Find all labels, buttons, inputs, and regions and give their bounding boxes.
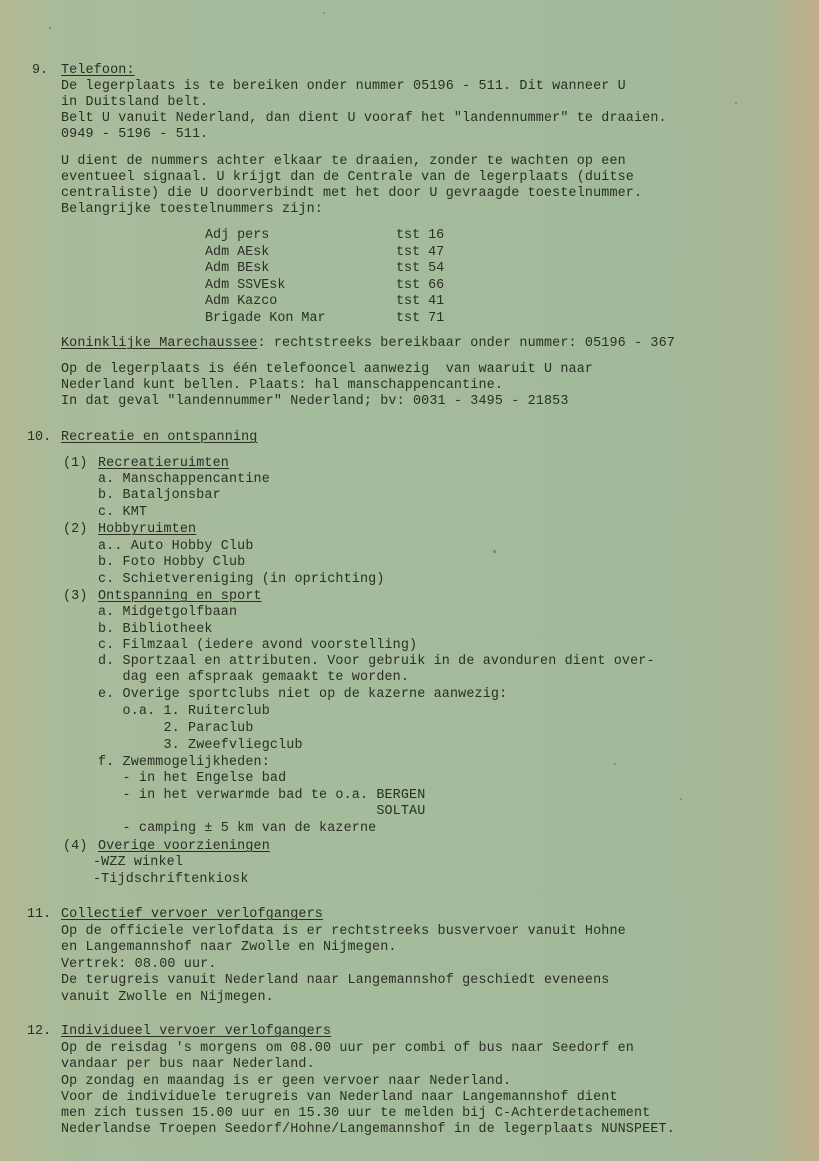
paragraph-line: Nederland kunt bellen. Plaats: hal mansc… <box>61 378 503 394</box>
paragraph-line: U dient de nummers achter elkaar te draa… <box>61 154 626 170</box>
paragraph-line: Belt U vanuit Nederland, dan dient U voo… <box>61 111 667 127</box>
paragraph-line: men zich tussen 15.00 uur en 15.30 uur t… <box>61 1106 650 1122</box>
paragraph-line: vanuit Zwolle en Nijmegen. <box>61 990 274 1006</box>
subsection-label: (2) <box>63 522 88 538</box>
extension-name: Adm Kazco <box>205 294 277 311</box>
list-item: -Tijdschriftenkiosk <box>93 872 249 888</box>
subsection-title: Recreatieruimten <box>98 456 229 472</box>
marechaussee-text: : rechtstreeks bereikbaar onder nummer: … <box>257 336 674 351</box>
paragraph-line: in Duitsland belt. <box>61 95 208 111</box>
paragraph-line: en Langemannshof naar Zwolle en Nijmegen… <box>61 940 397 956</box>
list-item: c. KMT <box>98 505 147 521</box>
marechaussee-label: Koninklijke Marechaussee <box>61 336 257 351</box>
paragraph-line: De terugreis vanuit Nederland naar Lange… <box>61 973 609 989</box>
extension-number: tst 66 <box>396 278 444 295</box>
paragraph-line: In dat geval "landennummer" Nederland; b… <box>61 394 569 410</box>
list-item: b. Foto Hobby Club <box>98 555 245 571</box>
list-item: a. Manschappencantine <box>98 472 270 488</box>
extension-number: tst 54 <box>396 261 444 278</box>
paper-speck <box>735 102 737 104</box>
paper-speck <box>614 763 616 765</box>
list-item: c. Filmzaal (iedere avond voorstelling) <box>98 638 417 654</box>
paragraph-line: eventueel signaal. U krijgt dan de Centr… <box>61 170 634 186</box>
list-item: - in het Engelse bad <box>98 771 286 787</box>
paragraph-line: De legerplaats is te bereiken onder numm… <box>61 79 626 95</box>
list-item: 3. Zweefvliegclub <box>98 738 303 754</box>
paragraph-line: vandaar per bus naar Nederland. <box>61 1057 315 1073</box>
paragraph-line: centraliste) die U doorverbindt met het … <box>61 186 642 202</box>
list-item: - in het verwarmde bad te o.a. BERGEN <box>98 788 425 804</box>
list-item: -WZZ winkel <box>93 855 183 871</box>
paragraph-line: 0949 - 5196 - 511. <box>61 127 208 143</box>
list-item: SOLTAU <box>98 804 425 820</box>
paper-speck <box>323 12 325 14</box>
subsection-label: (4) <box>63 839 88 855</box>
marechaussee-line: Koninklijke Marechaussee: rechtstreeks b… <box>61 336 675 352</box>
extension-number: tst 71 <box>396 311 444 328</box>
paragraph-line: Vertrek: 08.00 uur. <box>61 957 217 973</box>
paragraph-line: Op de reisdag 's morgens om 08.00 uur pe… <box>61 1041 634 1057</box>
list-item: d. Sportzaal en attributen. Voor gebruik… <box>98 654 655 670</box>
paragraph-line: Belangrijke toestelnummers zijn: <box>61 202 323 218</box>
list-item: a. Midgetgolfbaan <box>98 605 237 621</box>
subsection-label: (3) <box>63 589 88 605</box>
list-item: f. Zwemmogelijkheden: <box>98 755 270 771</box>
paragraph-line: Op de legerplaats is één telefooncel aan… <box>61 362 593 378</box>
subsection-title: Hobbyruimten <box>98 522 196 538</box>
section-title-collectief-vervoer: Collectief vervoer verlofgangers <box>61 907 323 923</box>
section-title-telefoon: Telefoon: <box>61 63 135 79</box>
paper-speck <box>680 798 682 800</box>
extension-name: Brigade Kon Mar <box>205 311 326 328</box>
section-number-9: 9. <box>32 63 48 79</box>
extension-number: tst 16 <box>396 228 444 245</box>
list-item: - camping ± 5 km van de kazerne <box>98 821 376 837</box>
paragraph-line: Nederlandse Troepen Seedorf/Hohne/Langem… <box>61 1122 675 1138</box>
list-item: o.a. 1. Ruiterclub <box>98 704 270 720</box>
section-number-10: 10. <box>27 430 51 446</box>
paragraph-line: Voor de individuele terugreis van Nederl… <box>61 1090 618 1106</box>
subsection-label: (1) <box>63 456 88 472</box>
list-item: e. Overige sportclubs niet op de kazerne… <box>98 687 507 703</box>
extension-number: tst 47 <box>396 245 444 262</box>
extension-name: Adm AEsk <box>205 245 269 262</box>
subsection-title: Ontspanning en sport <box>98 589 262 605</box>
list-item: b. Bataljonsbar <box>98 488 221 504</box>
section-title-recreatie: Recreatie en ontspanning <box>61 430 257 446</box>
list-item: dag een afspraak gemaakt te worden. <box>98 670 409 686</box>
extension-number: tst 41 <box>396 294 444 311</box>
extension-name: Adm BEsk <box>205 261 269 278</box>
extension-name: Adm SSVEsk <box>205 278 285 295</box>
list-item: a.. Auto Hobby Club <box>98 539 254 555</box>
section-title-individueel-vervoer: Individueel vervoer verlofgangers <box>61 1024 331 1040</box>
paper-speck <box>49 27 51 29</box>
paragraph-line: Op zondag en maandag is er geen vervoer … <box>61 1074 511 1090</box>
typed-document-page: 9. Telefoon: De legerplaats is te bereik… <box>0 0 819 1161</box>
subsection-title: Overige voorzieningen <box>98 839 270 855</box>
section-number-12: 12. <box>27 1024 51 1040</box>
paper-speck <box>493 550 496 553</box>
list-item: b. Bibliotheek <box>98 622 213 638</box>
extension-name: Adj pers <box>205 228 269 245</box>
section-number-11: 11. <box>27 907 51 923</box>
list-item: 2. Paraclub <box>98 721 254 737</box>
paragraph-line: Op de officiele verlofdata is er rechtst… <box>61 924 626 940</box>
list-item: c. Schietvereniging (in oprichting) <box>98 572 385 588</box>
